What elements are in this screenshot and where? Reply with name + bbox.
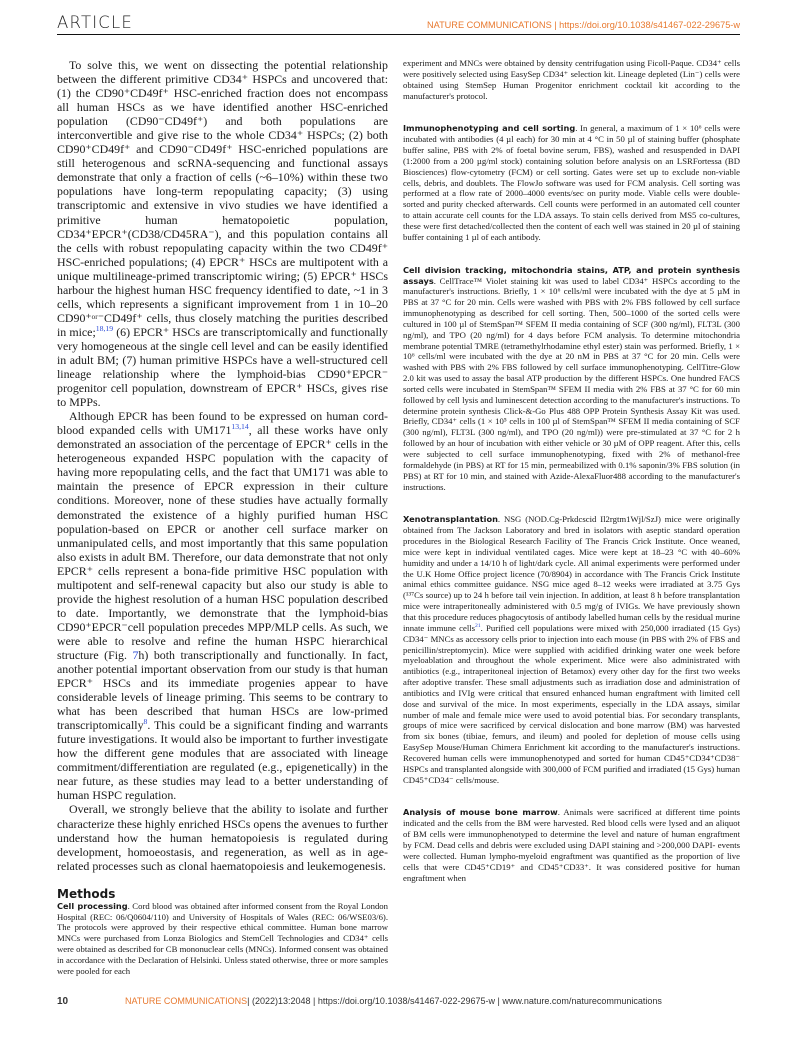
paragraph-conclusion: Overall, we strongly believe that the ab…	[57, 802, 388, 872]
subsection-heading: Immunophenotyping and cell sorting	[403, 123, 575, 133]
section-label: ARTICLE	[57, 13, 133, 32]
subsection-heading: Analysis of mouse bone marrow	[403, 807, 558, 817]
methods-cell-processing: Cell processing. Cord blood was obtained…	[57, 901, 388, 977]
methods-cell-division: Cell division tracking, mitochondria sta…	[403, 265, 740, 493]
cell-processing-continued: experiment and MNCs were obtained by den…	[403, 58, 740, 101]
right-column: experiment and MNCs were obtained by den…	[403, 58, 740, 883]
page-footer: 10 NATURE COMMUNICATIONS| (2022)13:2048 …	[57, 996, 740, 1010]
methods-mouse-bone-marrow: Analysis of mouse bone marrow. Animals w…	[403, 807, 740, 883]
left-column: To solve this, we went on dissecting the…	[57, 58, 388, 977]
footer-citation: NATURE COMMUNICATIONS| (2022)13:2048 | h…	[125, 996, 662, 1006]
citation-link[interactable]: 13,14	[231, 422, 248, 431]
methods-immunophenotyping: Immunophenotyping and cell sorting. In g…	[403, 123, 740, 242]
subsection-heading: Cell processing	[57, 901, 128, 911]
paragraph-summary: To solve this, we went on dissecting the…	[57, 58, 388, 409]
citation-link[interactable]: 18,19	[96, 324, 113, 333]
paragraph-epcr: Although EPCR has been found to be expre…	[57, 409, 388, 802]
footer-doi-link[interactable]: | (2022)13:2048 | https://doi.org/10.103…	[247, 996, 662, 1006]
journal-doi-link[interactable]: NATURE COMMUNICATIONS | https://doi.org/…	[427, 20, 740, 30]
page-header: ARTICLE NATURE COMMUNICATIONS | https://…	[57, 12, 740, 35]
methods-heading: Methods	[57, 887, 388, 901]
subsection-heading: Xenotransplantation	[403, 514, 498, 524]
methods-xenotransplantation: Xenotransplantation. NSG (NOD.Cg-Prkdcsc…	[403, 514, 740, 785]
page-number: 10	[57, 996, 68, 1007]
footer-journal-name: NATURE COMMUNICATIONS	[125, 996, 247, 1006]
